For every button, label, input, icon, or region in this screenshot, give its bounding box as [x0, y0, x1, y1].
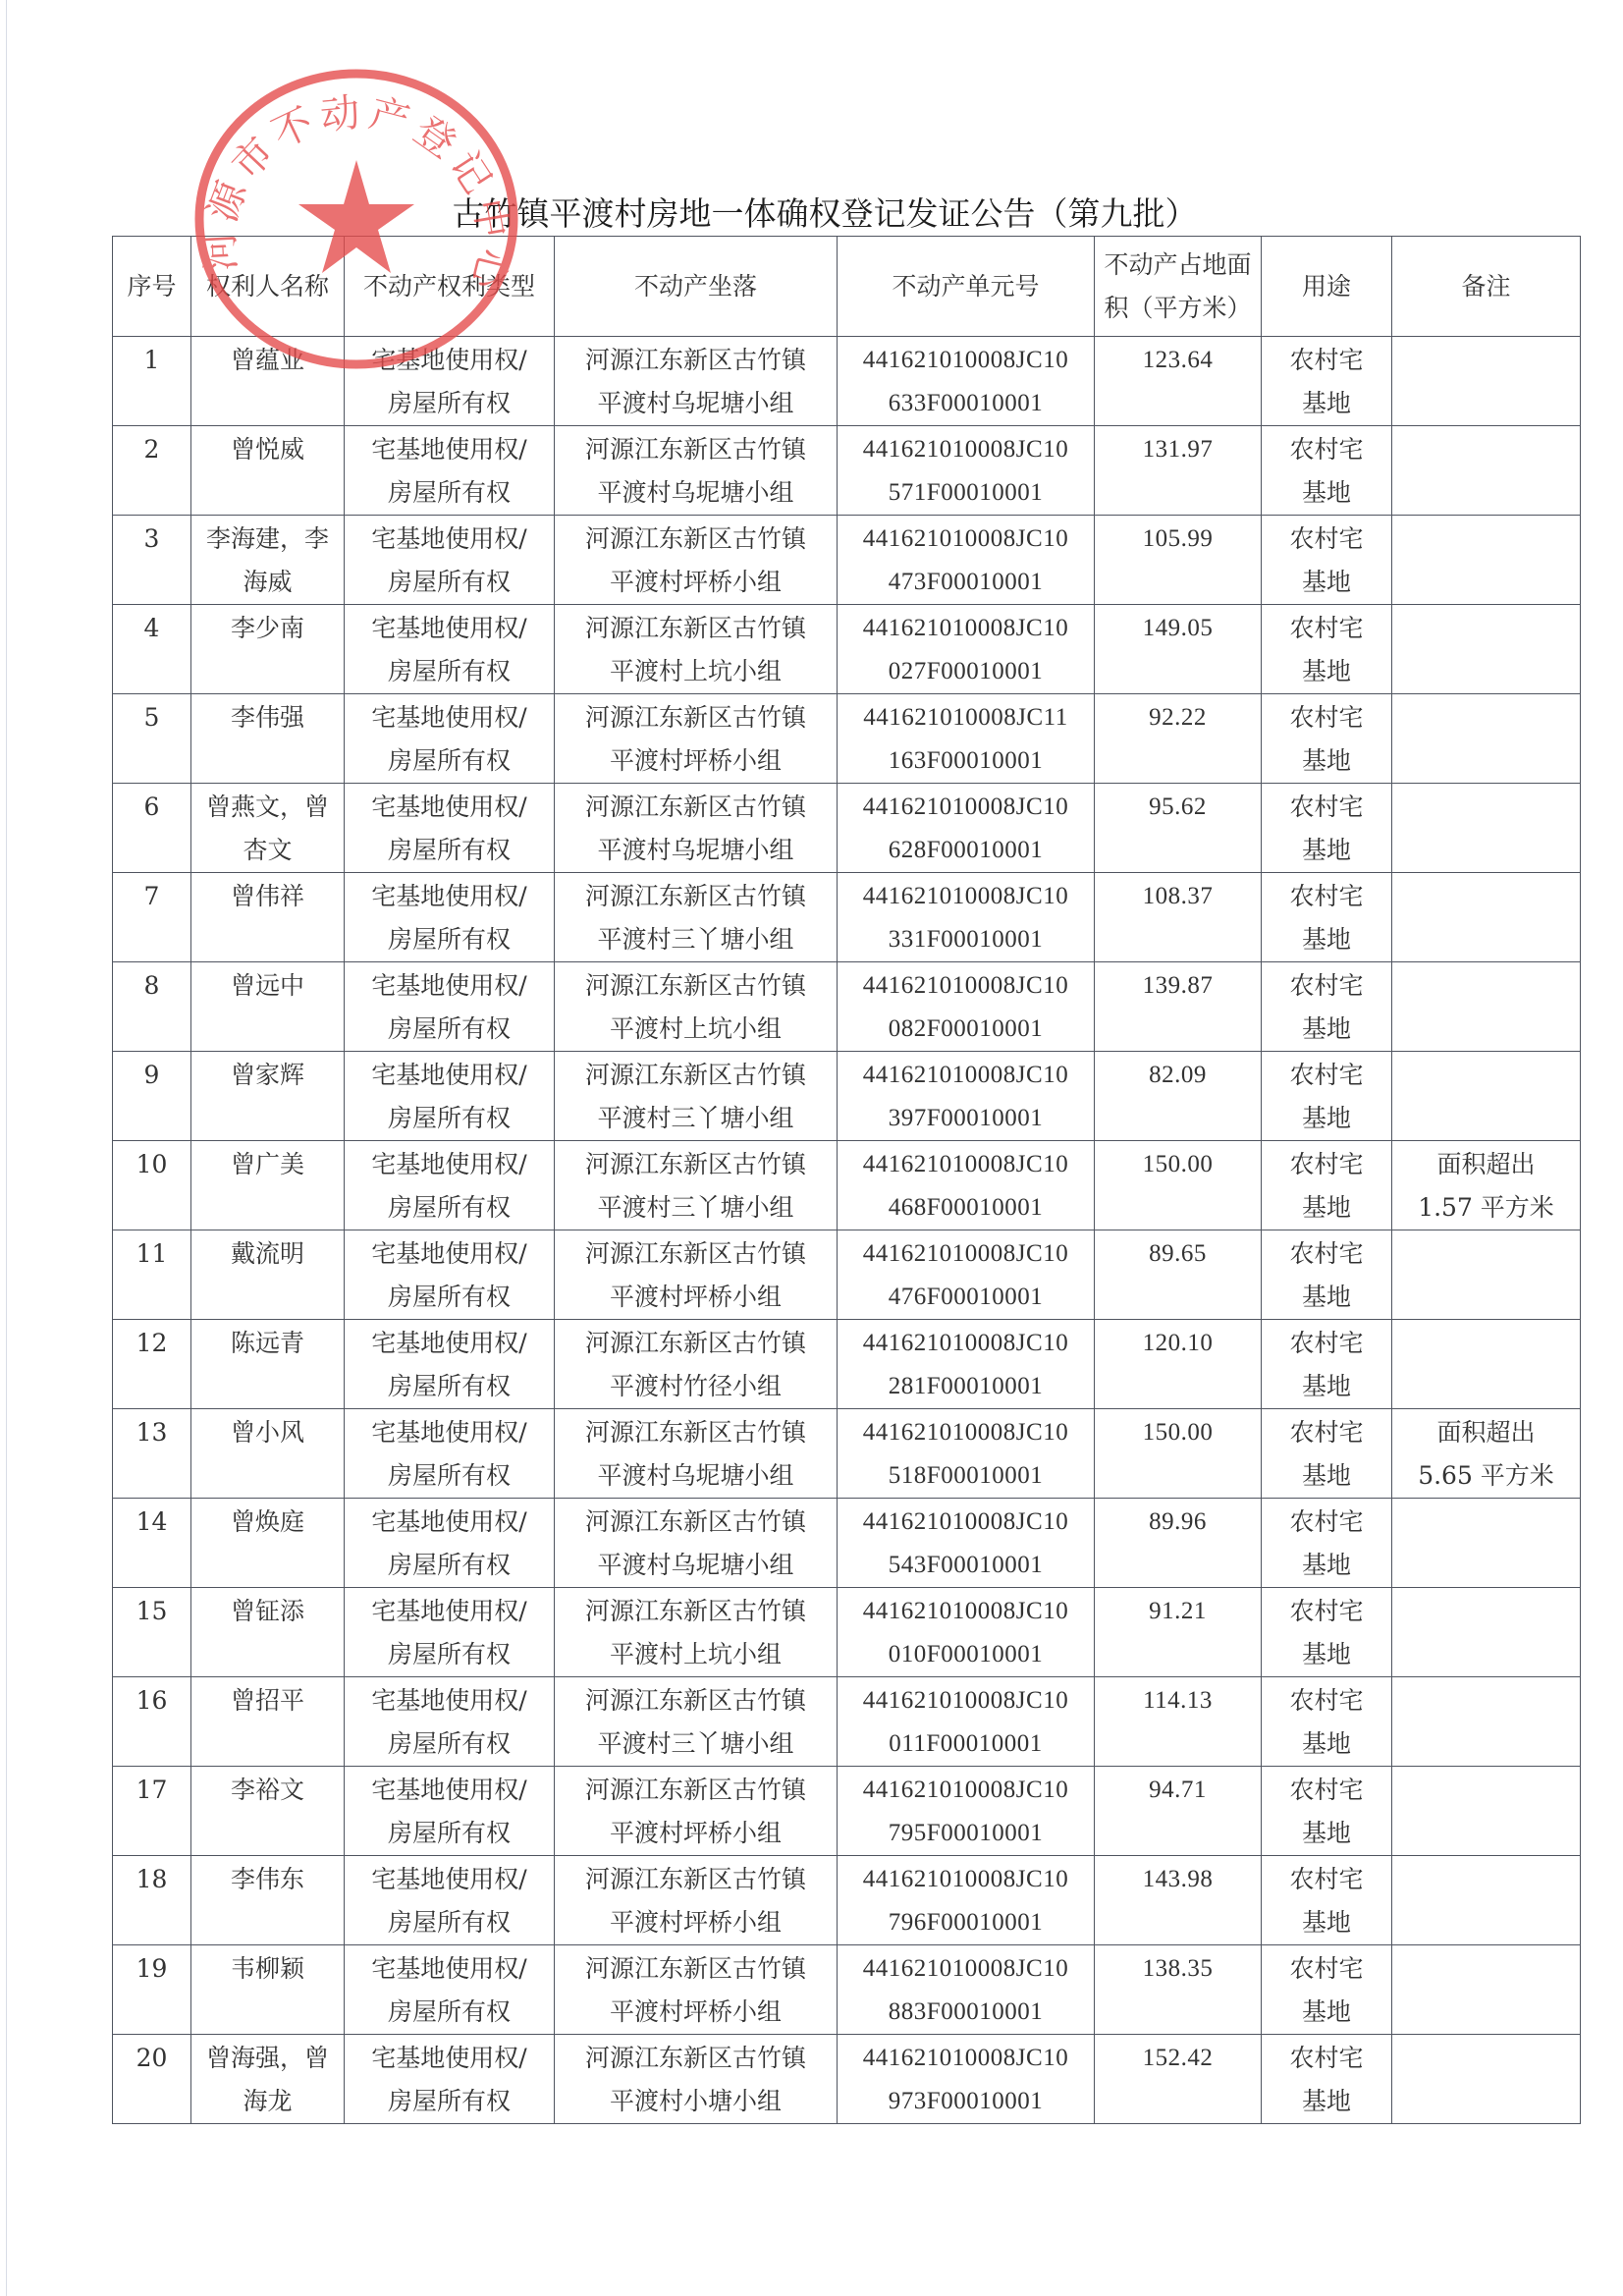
- cell-area: 114.13: [1095, 1677, 1262, 1767]
- table-row: 16曾招平宅基地使用权/房屋所有权河源江东新区古竹镇平渡村三丫塘小组441621…: [113, 1677, 1581, 1767]
- cell-right-type: 宅基地使用权/房屋所有权: [345, 605, 555, 694]
- cell-right-type-line: 宅基地使用权/: [345, 964, 554, 1008]
- cell-remark: [1392, 1677, 1581, 1767]
- cell-right-type: 宅基地使用权/房屋所有权: [345, 1767, 555, 1856]
- cell-unit-number: 441621010008JC10027F00010001: [838, 605, 1095, 694]
- cell-location-line: 河源江东新区古竹镇: [555, 964, 837, 1008]
- cell-area: 95.62: [1095, 784, 1262, 873]
- cell-usage-line: 农村宅: [1262, 1590, 1391, 1633]
- column-header-label: 序号: [113, 265, 190, 308]
- cell-right-type-line: 宅基地使用权/: [345, 2037, 554, 2080]
- cell-unit-number: 441621010008JC10468F00010001: [838, 1141, 1095, 1230]
- cell-usage: 农村宅基地: [1262, 1677, 1392, 1767]
- cell-serial-no: 11: [113, 1230, 191, 1320]
- cell-location-line: 河源江东新区古竹镇: [555, 1858, 837, 1901]
- cell-owner-name: 李少南: [191, 605, 345, 694]
- cell-unit-number: 441621010008JC10476F00010001: [838, 1230, 1095, 1320]
- cell-right-type: 宅基地使用权/房屋所有权: [345, 694, 555, 784]
- cell-right-type: 宅基地使用权/房屋所有权: [345, 1230, 555, 1320]
- cell-location-line: 平渡村乌坭塘小组: [555, 829, 837, 872]
- cell-remark: [1392, 784, 1581, 873]
- cell-right-type-line: 宅基地使用权/: [345, 1501, 554, 1544]
- cell-usage-line: 基地: [1262, 1097, 1391, 1140]
- cell-remark: [1392, 1945, 1581, 2035]
- cell-serial-no: 5: [113, 694, 191, 784]
- cell-unit-number: 441621010008JC10518F00010001: [838, 1409, 1095, 1499]
- table-row: 1曾蕴业宅基地使用权/房屋所有权河源江东新区古竹镇平渡村乌坭塘小组4416210…: [113, 337, 1581, 426]
- cell-location: 河源江东新区古竹镇平渡村上坑小组: [555, 1588, 838, 1677]
- cell-location: 河源江东新区古竹镇平渡村坪桥小组: [555, 1767, 838, 1856]
- cell-unit-number: 441621010008JC11163F00010001: [838, 694, 1095, 784]
- cell-owner-name: 曾家辉: [191, 1052, 345, 1141]
- cell-unit-number-line: 441621010008JC10: [838, 1769, 1094, 1812]
- cell-usage-line: 基地: [1262, 382, 1391, 425]
- cell-unit-number-line: 633F00010001: [838, 382, 1094, 425]
- cell-owner-name-line: 曾燕文，曾: [191, 786, 344, 829]
- cell-right-type-line: 宅基地使用权/: [345, 875, 554, 918]
- column-header-label: 备注: [1392, 265, 1580, 308]
- cell-location-line: 河源江东新区古竹镇: [555, 1232, 837, 1276]
- cell-right-type-line: 宅基地使用权/: [345, 696, 554, 739]
- cell-location: 河源江东新区古竹镇平渡村坪桥小组: [555, 1230, 838, 1320]
- cell-usage: 农村宅基地: [1262, 1945, 1392, 2035]
- column-header: 备注: [1392, 237, 1581, 337]
- cell-location-line: 河源江东新区古竹镇: [555, 518, 837, 561]
- cell-right-type-line: 房屋所有权: [345, 1276, 554, 1319]
- cell-owner-name-line: 曾悦威: [191, 428, 344, 471]
- cell-location: 河源江东新区古竹镇平渡村坪桥小组: [555, 694, 838, 784]
- cell-right-type: 宅基地使用权/房屋所有权: [345, 1677, 555, 1767]
- cell-usage: 农村宅基地: [1262, 426, 1392, 516]
- cell-right-type-line: 房屋所有权: [345, 650, 554, 693]
- cell-usage-line: 农村宅: [1262, 1143, 1391, 1186]
- cell-location: 河源江东新区古竹镇平渡村坪桥小组: [555, 1945, 838, 2035]
- cell-remark: [1392, 1588, 1581, 1677]
- table-row: 17李裕文宅基地使用权/房屋所有权河源江东新区古竹镇平渡村坪桥小组4416210…: [113, 1767, 1581, 1856]
- cell-unit-number: 441621010008JC10628F00010001: [838, 784, 1095, 873]
- cell-owner-name-line: 李裕文: [191, 1769, 344, 1812]
- cell-usage: 农村宅基地: [1262, 962, 1392, 1052]
- cell-unit-number-line: 441621010008JC10: [838, 1501, 1094, 1544]
- cell-serial-no: 16: [113, 1677, 191, 1767]
- cell-right-type-line: 宅基地使用权/: [345, 1143, 554, 1186]
- cell-unit-number: 441621010008JC10011F00010001: [838, 1677, 1095, 1767]
- cell-unit-number-line: 441621010008JC10: [838, 1322, 1094, 1365]
- cell-area: 139.87: [1095, 962, 1262, 1052]
- cell-location-line: 河源江东新区古竹镇: [555, 1501, 837, 1544]
- cell-location-line: 河源江东新区古竹镇: [555, 428, 837, 471]
- cell-right-type: 宅基地使用权/房屋所有权: [345, 1320, 555, 1409]
- cell-owner-name-line: 曾远中: [191, 964, 344, 1008]
- cell-usage-line: 农村宅: [1262, 607, 1391, 650]
- cell-right-type: 宅基地使用权/房屋所有权: [345, 337, 555, 426]
- cell-owner-name: 戴流明: [191, 1230, 345, 1320]
- cell-owner-name-line: 海威: [191, 561, 344, 604]
- cell-remark-line: 面积超出: [1392, 1411, 1580, 1454]
- cell-usage: 农村宅基地: [1262, 694, 1392, 784]
- cell-serial-no: 1: [113, 337, 191, 426]
- cell-right-type-line: 宅基地使用权/: [345, 1411, 554, 1454]
- cell-usage: 农村宅基地: [1262, 516, 1392, 605]
- cell-usage-line: 基地: [1262, 1454, 1391, 1498]
- cell-remark: [1392, 694, 1581, 784]
- cell-right-type-line: 宅基地使用权/: [345, 1679, 554, 1722]
- cell-unit-number-line: 441621010008JC10: [838, 1232, 1094, 1276]
- cell-serial-no: 3: [113, 516, 191, 605]
- cell-location: 河源江东新区古竹镇平渡村乌坭塘小组: [555, 337, 838, 426]
- cell-location-line: 平渡村上坑小组: [555, 1633, 837, 1676]
- cell-location-line: 平渡村小塘小组: [555, 2080, 837, 2123]
- cell-usage-line: 农村宅: [1262, 1054, 1391, 1097]
- cell-location-line: 平渡村上坑小组: [555, 1008, 837, 1051]
- cell-usage: 农村宅基地: [1262, 1141, 1392, 1230]
- cell-unit-number-line: 543F00010001: [838, 1544, 1094, 1587]
- cell-usage: 农村宅基地: [1262, 873, 1392, 962]
- cell-area: 92.22: [1095, 694, 1262, 784]
- cell-location: 河源江东新区古竹镇平渡村乌坭塘小组: [555, 1409, 838, 1499]
- table-row: 15曾钲添宅基地使用权/房屋所有权河源江东新区古竹镇平渡村上坑小组4416210…: [113, 1588, 1581, 1677]
- cell-usage-line: 基地: [1262, 1812, 1391, 1855]
- cell-location-line: 河源江东新区古竹镇: [555, 875, 837, 918]
- cell-right-type: 宅基地使用权/房屋所有权: [345, 1409, 555, 1499]
- cell-right-type-line: 房屋所有权: [345, 1186, 554, 1230]
- column-header: 权利人名称: [191, 237, 345, 337]
- cell-unit-number-line: 441621010008JC10: [838, 1679, 1094, 1722]
- cell-unit-number: 441621010008JC10795F00010001: [838, 1767, 1095, 1856]
- column-header-label: 用途: [1262, 265, 1391, 308]
- cell-location-line: 河源江东新区古竹镇: [555, 1947, 837, 1991]
- cell-right-type-line: 房屋所有权: [345, 1901, 554, 1944]
- cell-location: 河源江东新区古竹镇平渡村三丫塘小组: [555, 1141, 838, 1230]
- cell-location-line: 河源江东新区古竹镇: [555, 786, 837, 829]
- cell-serial-no: 13: [113, 1409, 191, 1499]
- cell-usage-line: 农村宅: [1262, 339, 1391, 382]
- cell-unit-number-line: 468F00010001: [838, 1186, 1094, 1230]
- cell-unit-number-line: 441621010008JC10: [838, 786, 1094, 829]
- cell-remark: [1392, 337, 1581, 426]
- cell-location: 河源江东新区古竹镇平渡村三丫塘小组: [555, 1677, 838, 1767]
- table-body: 1曾蕴业宅基地使用权/房屋所有权河源江东新区古竹镇平渡村乌坭塘小组4416210…: [113, 337, 1581, 2124]
- cell-right-type-line: 宅基地使用权/: [345, 1769, 554, 1812]
- cell-usage-line: 基地: [1262, 918, 1391, 961]
- cell-unit-number-line: 082F00010001: [838, 1008, 1094, 1051]
- cell-owner-name: 韦柳颖: [191, 1945, 345, 2035]
- column-header-label: 积（平方米）: [1095, 287, 1261, 330]
- cell-location-line: 河源江东新区古竹镇: [555, 1679, 837, 1722]
- cell-right-type-line: 房屋所有权: [345, 1633, 554, 1676]
- cell-usage-line: 农村宅: [1262, 428, 1391, 471]
- cell-location: 河源江东新区古竹镇平渡村坪桥小组: [555, 516, 838, 605]
- cell-unit-number: 441621010008JC10796F00010001: [838, 1856, 1095, 1945]
- cell-right-type: 宅基地使用权/房屋所有权: [345, 516, 555, 605]
- cell-area: 89.96: [1095, 1499, 1262, 1588]
- cell-usage-line: 农村宅: [1262, 518, 1391, 561]
- column-header-label: 不动产坐落: [555, 265, 837, 308]
- cell-location-line: 河源江东新区古竹镇: [555, 1322, 837, 1365]
- table-row: 19韦柳颖宅基地使用权/房屋所有权河源江东新区古竹镇平渡村坪桥小组4416210…: [113, 1945, 1581, 2035]
- column-header-label: 不动产占地面: [1095, 244, 1261, 287]
- cell-owner-name: 李伟强: [191, 694, 345, 784]
- cell-right-type: 宅基地使用权/房屋所有权: [345, 1141, 555, 1230]
- cell-owner-name: 曾焕庭: [191, 1499, 345, 1588]
- cell-remark: [1392, 1230, 1581, 1320]
- cell-location-line: 平渡村上坑小组: [555, 650, 837, 693]
- cell-right-type-line: 房屋所有权: [345, 561, 554, 604]
- cell-usage-line: 基地: [1262, 829, 1391, 872]
- cell-unit-number: 441621010008JC10473F00010001: [838, 516, 1095, 605]
- cell-right-type-line: 房屋所有权: [345, 1544, 554, 1587]
- cell-area: 91.21: [1095, 1588, 1262, 1677]
- cell-unit-number: 441621010008JC10543F00010001: [838, 1499, 1095, 1588]
- cell-usage-line: 基地: [1262, 1901, 1391, 1944]
- cell-location-line: 平渡村坪桥小组: [555, 1991, 837, 2034]
- cell-unit-number-line: 883F00010001: [838, 1991, 1094, 2034]
- cell-right-type-line: 房屋所有权: [345, 1991, 554, 2034]
- cell-right-type-line: 宅基地使用权/: [345, 786, 554, 829]
- cell-location-line: 平渡村乌坭塘小组: [555, 1544, 837, 1587]
- cell-location: 河源江东新区古竹镇平渡村三丫塘小组: [555, 873, 838, 962]
- cell-right-type: 宅基地使用权/房屋所有权: [345, 1499, 555, 1588]
- cell-right-type: 宅基地使用权/房屋所有权: [345, 784, 555, 873]
- cell-usage-line: 基地: [1262, 1544, 1391, 1587]
- cell-usage: 农村宅基地: [1262, 1856, 1392, 1945]
- cell-area: 120.10: [1095, 1320, 1262, 1409]
- table-row: 7曾伟祥宅基地使用权/房屋所有权河源江东新区古竹镇平渡村三丫塘小组4416210…: [113, 873, 1581, 962]
- cell-usage: 农村宅基地: [1262, 1499, 1392, 1588]
- cell-usage-line: 基地: [1262, 650, 1391, 693]
- table-row: 6曾燕文，曾杏文宅基地使用权/房屋所有权河源江东新区古竹镇平渡村乌坭塘小组441…: [113, 784, 1581, 873]
- cell-location-line: 平渡村三丫塘小组: [555, 1186, 837, 1230]
- cell-owner-name: 李裕文: [191, 1767, 345, 1856]
- cell-location-line: 平渡村竹径小组: [555, 1365, 837, 1408]
- cell-unit-number-line: 476F00010001: [838, 1276, 1094, 1319]
- cell-area: 152.42: [1095, 2035, 1262, 2124]
- cell-usage-line: 基地: [1262, 1991, 1391, 2034]
- cell-unit-number-line: 331F00010001: [838, 918, 1094, 961]
- table-row: 3李海建，李海威宅基地使用权/房屋所有权河源江东新区古竹镇平渡村坪桥小组4416…: [113, 516, 1581, 605]
- cell-remark-line: 面积超出: [1392, 1143, 1580, 1186]
- cell-right-type-line: 宅基地使用权/: [345, 1054, 554, 1097]
- cell-location-line: 平渡村乌坭塘小组: [555, 1454, 837, 1498]
- cell-right-type-line: 宅基地使用权/: [345, 1947, 554, 1991]
- cell-area: 150.00: [1095, 1409, 1262, 1499]
- cell-serial-no: 2: [113, 426, 191, 516]
- cell-usage: 农村宅基地: [1262, 1588, 1392, 1677]
- cell-location-line: 河源江东新区古竹镇: [555, 1769, 837, 1812]
- cell-serial-no: 18: [113, 1856, 191, 1945]
- cell-owner-name: 曾悦威: [191, 426, 345, 516]
- cell-unit-number-line: 441621010008JC10: [838, 1858, 1094, 1901]
- column-header: 不动产坐落: [555, 237, 838, 337]
- cell-owner-name: 曾小风: [191, 1409, 345, 1499]
- cell-location-line: 平渡村三丫塘小组: [555, 1097, 837, 1140]
- cell-usage-line: 基地: [1262, 561, 1391, 604]
- cell-unit-number-line: 441621010008JC10: [838, 607, 1094, 650]
- cell-owner-name-line: 杏文: [191, 829, 344, 872]
- cell-usage: 农村宅基地: [1262, 1409, 1392, 1499]
- cell-right-type: 宅基地使用权/房屋所有权: [345, 2035, 555, 2124]
- table-row: 13曾小风宅基地使用权/房屋所有权河源江东新区古竹镇平渡村乌坭塘小组441621…: [113, 1409, 1581, 1499]
- cell-owner-name: 曾伟祥: [191, 873, 345, 962]
- cell-usage-line: 基地: [1262, 1633, 1391, 1676]
- cell-unit-number-line: 628F00010001: [838, 829, 1094, 872]
- cell-unit-number-line: 441621010008JC10: [838, 339, 1094, 382]
- cell-remark: [1392, 2035, 1581, 2124]
- cell-usage: 农村宅基地: [1262, 784, 1392, 873]
- cell-usage-line: 农村宅: [1262, 1322, 1391, 1365]
- cell-unit-number: 441621010008JC10571F00010001: [838, 426, 1095, 516]
- cell-usage-line: 基地: [1262, 471, 1391, 515]
- cell-unit-number-line: 441621010008JC10: [838, 964, 1094, 1008]
- column-header-label: 权利人名称: [191, 265, 344, 308]
- cell-location-line: 平渡村坪桥小组: [555, 1276, 837, 1319]
- cell-owner-name-line: 曾广美: [191, 1143, 344, 1186]
- cell-area: 105.99: [1095, 516, 1262, 605]
- cell-unit-number-line: 441621010008JC10: [838, 1947, 1094, 1991]
- cell-right-type-line: 房屋所有权: [345, 1008, 554, 1051]
- cell-right-type-line: 宅基地使用权/: [345, 607, 554, 650]
- table-row: 2曾悦威宅基地使用权/房屋所有权河源江东新区古竹镇平渡村乌坭塘小组4416210…: [113, 426, 1581, 516]
- cell-owner-name-line: 戴流明: [191, 1232, 344, 1276]
- cell-serial-no: 9: [113, 1052, 191, 1141]
- cell-right-type-line: 房屋所有权: [345, 2080, 554, 2123]
- cell-remark: [1392, 1767, 1581, 1856]
- cell-usage: 农村宅基地: [1262, 2035, 1392, 2124]
- cell-usage-line: 基地: [1262, 1008, 1391, 1051]
- cell-area: 131.97: [1095, 426, 1262, 516]
- cell-unit-number: 441621010008JC10973F00010001: [838, 2035, 1095, 2124]
- cell-owner-name-line: 曾海强，曾: [191, 2037, 344, 2080]
- cell-right-type-line: 房屋所有权: [345, 829, 554, 872]
- table-row: 8曾远中宅基地使用权/房屋所有权河源江东新区古竹镇平渡村上坑小组44162101…: [113, 962, 1581, 1052]
- cell-serial-no: 8: [113, 962, 191, 1052]
- cell-owner-name: 曾蕴业: [191, 337, 345, 426]
- cell-remark: [1392, 873, 1581, 962]
- cell-right-type-line: 宅基地使用权/: [345, 1232, 554, 1276]
- cell-location: 河源江东新区古竹镇平渡村小塘小组: [555, 2035, 838, 2124]
- cell-unit-number: 441621010008JC10281F00010001: [838, 1320, 1095, 1409]
- cell-owner-name-line: 曾招平: [191, 1679, 344, 1722]
- table-row: 5李伟强宅基地使用权/房屋所有权河源江东新区古竹镇平渡村坪桥小组44162101…: [113, 694, 1581, 784]
- cell-usage-line: 基地: [1262, 1722, 1391, 1766]
- cell-area: 138.35: [1095, 1945, 1262, 2035]
- cell-owner-name-line: 李伟强: [191, 696, 344, 739]
- cell-unit-number: 441621010008JC10082F00010001: [838, 962, 1095, 1052]
- cell-location: 河源江东新区古竹镇平渡村乌坭塘小组: [555, 784, 838, 873]
- cell-unit-number: 441621010008JC10010F00010001: [838, 1588, 1095, 1677]
- cell-owner-name-line: 李海建，李: [191, 518, 344, 561]
- cell-location-line: 平渡村乌坭塘小组: [555, 471, 837, 515]
- cell-unit-number-line: 973F00010001: [838, 2080, 1094, 2123]
- cell-right-type: 宅基地使用权/房屋所有权: [345, 1588, 555, 1677]
- cell-right-type-line: 房屋所有权: [345, 1454, 554, 1498]
- cell-unit-number-line: 010F00010001: [838, 1633, 1094, 1676]
- cell-owner-name: 曾钲添: [191, 1588, 345, 1677]
- cell-area: 94.71: [1095, 1767, 1262, 1856]
- cell-usage-line: 基地: [1262, 2080, 1391, 2123]
- cell-right-type: 宅基地使用权/房屋所有权: [345, 426, 555, 516]
- cell-right-type-line: 宅基地使用权/: [345, 1590, 554, 1633]
- cell-location: 河源江东新区古竹镇平渡村上坑小组: [555, 962, 838, 1052]
- cell-owner-name-line: 曾小风: [191, 1411, 344, 1454]
- cell-serial-no: 10: [113, 1141, 191, 1230]
- cell-right-type-line: 宅基地使用权/: [345, 1858, 554, 1901]
- cell-remark: 面积超出1.57 平方米: [1392, 1141, 1581, 1230]
- column-header: 序号: [113, 237, 191, 337]
- cell-remark: [1392, 1320, 1581, 1409]
- cell-location-line: 平渡村坪桥小组: [555, 739, 837, 783]
- cell-serial-no: 6: [113, 784, 191, 873]
- cell-right-type-line: 房屋所有权: [345, 1365, 554, 1408]
- cell-location-line: 平渡村三丫塘小组: [555, 1722, 837, 1766]
- page-title: 古竹镇平渡村房地一体确权登记发证公告（第九批）: [432, 189, 1217, 235]
- cell-usage-line: 农村宅: [1262, 1501, 1391, 1544]
- cell-right-type-line: 房屋所有权: [345, 382, 554, 425]
- cell-right-type-line: 宅基地使用权/: [345, 339, 554, 382]
- cell-unit-number-line: 027F00010001: [838, 650, 1094, 693]
- cell-usage-line: 农村宅: [1262, 2037, 1391, 2080]
- cell-usage: 农村宅基地: [1262, 605, 1392, 694]
- table-row: 18李伟东宅基地使用权/房屋所有权河源江东新区古竹镇平渡村坪桥小组4416210…: [113, 1856, 1581, 1945]
- cell-owner-name-line: 曾焕庭: [191, 1501, 344, 1544]
- cell-unit-number-line: 795F00010001: [838, 1812, 1094, 1855]
- cell-unit-number-line: 441621010008JC10: [838, 1054, 1094, 1097]
- column-header-label: 不动产单元号: [838, 265, 1094, 308]
- cell-area: 149.05: [1095, 605, 1262, 694]
- cell-location-line: 河源江东新区古竹镇: [555, 1054, 837, 1097]
- cell-owner-name: 曾招平: [191, 1677, 345, 1767]
- cell-owner-name-line: 李少南: [191, 607, 344, 650]
- cell-unit-number-line: 518F00010001: [838, 1454, 1094, 1498]
- cell-serial-no: 15: [113, 1588, 191, 1677]
- cell-usage-line: 农村宅: [1262, 1769, 1391, 1812]
- table-row: 11戴流明宅基地使用权/房屋所有权河源江东新区古竹镇平渡村坪桥小组4416210…: [113, 1230, 1581, 1320]
- cell-usage: 农村宅基地: [1262, 1052, 1392, 1141]
- cell-usage-line: 农村宅: [1262, 875, 1391, 918]
- cell-unit-number: 441621010008JC10397F00010001: [838, 1052, 1095, 1141]
- registration-table: 序号权利人名称不动产权利类型不动产坐落不动产单元号不动产占地面积（平方米）用途备…: [112, 236, 1581, 2124]
- cell-usage-line: 基地: [1262, 739, 1391, 783]
- cell-unit-number-line: 441621010008JC10: [838, 1411, 1094, 1454]
- cell-unit-number: 441621010008JC10331F00010001: [838, 873, 1095, 962]
- cell-usage: 农村宅基地: [1262, 1767, 1392, 1856]
- cell-right-type-line: 房屋所有权: [345, 739, 554, 783]
- cell-location-line: 河源江东新区古竹镇: [555, 2037, 837, 2080]
- cell-owner-name-line: 海龙: [191, 2080, 344, 2123]
- cell-area: 89.65: [1095, 1230, 1262, 1320]
- table-header-row: 序号权利人名称不动产权利类型不动产坐落不动产单元号不动产占地面积（平方米）用途备…: [113, 237, 1581, 337]
- cell-right-type: 宅基地使用权/房屋所有权: [345, 873, 555, 962]
- cell-area: 150.00: [1095, 1141, 1262, 1230]
- cell-location-line: 平渡村坪桥小组: [555, 1901, 837, 1944]
- cell-right-type: 宅基地使用权/房屋所有权: [345, 1856, 555, 1945]
- cell-unit-number-line: 473F00010001: [838, 561, 1094, 604]
- cell-serial-no: 19: [113, 1945, 191, 2035]
- cell-unit-number-line: 441621010008JC10: [838, 1590, 1094, 1633]
- cell-owner-name: 曾海强，曾海龙: [191, 2035, 345, 2124]
- cell-unit-number-line: 571F00010001: [838, 471, 1094, 515]
- cell-location-line: 河源江东新区古竹镇: [555, 1590, 837, 1633]
- cell-owner-name-line: 韦柳颖: [191, 1947, 344, 1991]
- cell-owner-name: 曾远中: [191, 962, 345, 1052]
- cell-usage-line: 基地: [1262, 1276, 1391, 1319]
- cell-unit-number: 441621010008JC10633F00010001: [838, 337, 1095, 426]
- cell-location-line: 河源江东新区古竹镇: [555, 607, 837, 650]
- cell-remark: [1392, 516, 1581, 605]
- cell-serial-no: 20: [113, 2035, 191, 2124]
- cell-serial-no: 14: [113, 1499, 191, 1588]
- column-header: 不动产权利类型: [345, 237, 555, 337]
